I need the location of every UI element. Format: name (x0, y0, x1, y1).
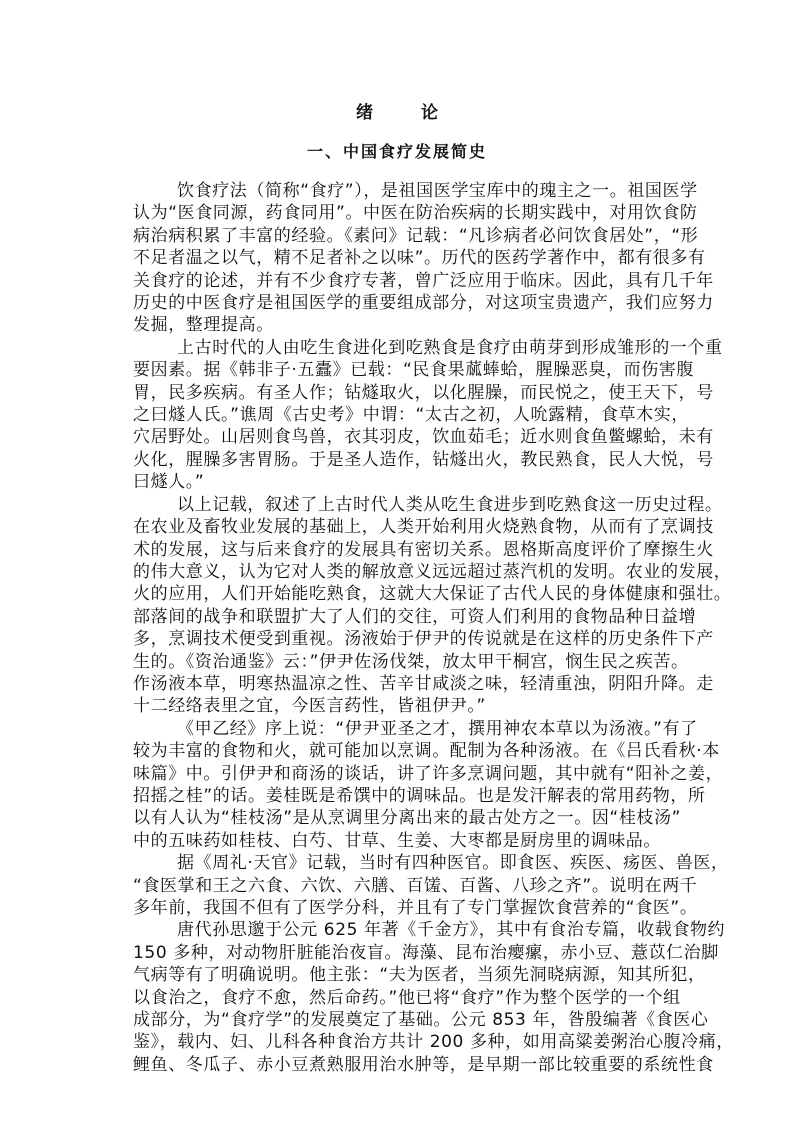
text-line: 的伟大意义，认为它对人类的解放意义远远超过蒸汽机的发明。农业的发展， (133, 561, 663, 583)
text-line: 较为丰富的食物和火，就可能加以烹调。配制为各种汤液。在《吕氏看秋·本 (133, 740, 663, 762)
text-line: 胃，民多疾病。有圣人作；钻燧取火，以化腥臊，而民悦之，使王天下，号 (133, 382, 663, 404)
paragraph: 饮食疗法（简称“食疗”），是祖国医学宝库中的瑰主之一。祖国医学认为“医食同源，药… (133, 180, 663, 337)
paragraph: 上古时代的人由吃生食进化到吃熟食是食疗由萌芽到形成雏形的一个重要因素。据《韩非子… (133, 337, 663, 494)
text-line: 术的发展，这与后来食疗的发展具有密切关系。恩格斯高度评价了摩擦生火 (133, 539, 663, 561)
text-line: 味篇》中。引伊尹和商汤的谈话，讲了许多烹调问题，其中就有“阳补之姜， (133, 763, 663, 785)
text-line: 鲤鱼、冬瓜子、赤小豆煮熟服用治水肿等，是早期一部比较重要的系统性食 (133, 1054, 663, 1076)
chapter-title: 绪论 (0, 98, 794, 123)
text-line: 据《周礼·天官》记载，当时有四种医官。即食医、疾医、疡医、兽医， (133, 852, 663, 874)
text-line: 多，烹调技术便受到重视。汤液始于伊尹的传说就是在这样的历史条件下产 (133, 628, 663, 650)
text-line: 饮食疗法（简称“食疗”），是祖国医学宝库中的瑰主之一。祖国医学 (133, 180, 663, 202)
text-line: 生的。《资治通鉴》云：”伊尹佐汤伐桀，放太甲干桐宫，悯生民之疾苦。 (133, 651, 663, 673)
text-line: 病治病积累了丰富的经验。《素问》记载：“凡诊病者必问饮食居处”，“形 (133, 225, 663, 247)
chapter-title-char-1: 绪 (356, 98, 373, 123)
text-line: 招摇之桂”的话。姜桂既是希馔中的调味品。也是发汗解表的常用药物，所 (133, 785, 663, 807)
paragraph: 《甲乙经》序上说：“伊尹亚圣之才，撰用神农本草以为汤液。”有了较为丰富的食物和火… (133, 718, 663, 852)
text-line: 鉴》，载内、妇、儿科各种食治方共计 200 多种，如用高粱姜粥治心腹冷痛， (133, 1031, 663, 1053)
body-text: 饮食疗法（简称“食疗”），是祖国医学宝库中的瑰主之一。祖国医学认为“医食同源，药… (133, 180, 663, 1076)
text-line: 火化，腥臊多害胃肠。于是圣人造作，钻燧出火，教民熟食，民人大悦，号 (133, 449, 663, 471)
text-line: 作汤液本草，明寒热温凉之性、苦辛甘咸淡之味，轻清重浊，阴阳升降。走 (133, 673, 663, 695)
text-line: “食医掌和王之六食、六饮、六膳、百馐、百酱、八珍之齐”。说明在两千 (133, 875, 663, 897)
text-line: 历史的中医食疗是祖国医学的重要组成部分，对这项宝贵遗产，我们应努力 (133, 292, 663, 314)
text-line: 唐代孙思邈于公元 625 年著《千金方》，其中有食治专篇，收载食物约 (133, 919, 663, 941)
text-line: 150 多种，对动物肝脏能治夜盲。海藻、昆布治瘿瘰，赤小豆、薏苡仁治脚 (133, 942, 663, 964)
text-line: 关食疗的论述，并有不少食疗专著，曾广泛应用于临床。因此，具有几千年 (133, 270, 663, 292)
text-line: 部落间的战争和联盟扩大了人们的交往，可资人们利用的食物品种日益增 (133, 606, 663, 628)
text-line: 气病等有了明确说明。他主张：“夫为医者，当须先洞晓病源，知其所犯， (133, 964, 663, 986)
section-title: 一、中国食疗发展简史 (0, 139, 794, 162)
text-line: 曰燧人。” (133, 471, 663, 493)
text-line: 以上记载，叙述了上古时代人类从吃生食进步到吃熟食这一历史过程。 (133, 494, 663, 516)
text-line: 不足者温之以气，精不足者补之以味”。历代的医药学著作中，都有很多有 (133, 247, 663, 269)
text-line: 上古时代的人由吃生食进化到吃熟食是食疗由萌芽到形成雏形的一个重 (133, 337, 663, 359)
document-page: 绪论 一、中国食疗发展简史 饮食疗法（简称“食疗”），是祖国医学宝库中的瑰主之一… (0, 0, 794, 1122)
text-line: 认为“医食同源，药食同用”。中医在防治疾病的长期实践中，对用饮食防 (133, 202, 663, 224)
paragraph: 据《周礼·天官》记载，当时有四种医官。即食医、疾医、疡医、兽医，“食医掌和王之六… (133, 852, 663, 919)
text-line: 穴居野处。山居则食鸟兽，衣其羽皮，饮血茹毛；近水则食鱼鳖螺蛤，未有 (133, 426, 663, 448)
paragraph: 以上记载，叙述了上古时代人类从吃生食进步到吃熟食这一历史过程。在农业及畜牧业发展… (133, 494, 663, 718)
text-line: 以有人认为“桂枝汤”是从烹调里分离出来的最古处方之一。因“桂枝汤” (133, 807, 663, 829)
text-line: 发掘，整理提高。 (133, 314, 663, 336)
paragraph: 唐代孙思邈于公元 625 年著《千金方》，其中有食治专篇，收载食物约150 多种… (133, 919, 663, 1076)
text-line: 《甲乙经》序上说：“伊尹亚圣之才，撰用神农本草以为汤液。”有了 (133, 718, 663, 740)
text-line: 十二经络表里之宜，今医言药性，皆祖伊尹。” (133, 695, 663, 717)
text-line: 在农业及畜牧业发展的基础上，人类开始利用火烧熟食物，从而有了烹调技 (133, 516, 663, 538)
text-line: 中的五味药如桂枝、白芍、甘草、生姜、大枣都是厨房里的调味品。 (133, 830, 663, 852)
text-line: 要因素。据《韩非子·五蠹》已载：“民食果蓏蜯蛤，腥臊恶臭，而伤害腹 (133, 359, 663, 381)
chapter-title-char-2: 论 (421, 98, 438, 123)
text-line: 成部分，为“食疗学”的发展奠定了基础。公元 853 年，昝殷编著《食医心 (133, 1009, 663, 1031)
text-line: 以食治之，食疗不愈，然后命药。”他已将“食疗”作为整个医学的一个组 (133, 987, 663, 1009)
text-line: 火的应用，人们开始能吃熟食，这就大大保证了古代人民的身体健康和强壮。 (133, 583, 663, 605)
text-line: 多年前，我国不但有了医学分科，并且有了专门掌握饮食营养的“食医”。 (133, 897, 663, 919)
text-line: 之曰燧人氏。”谯周《古史考》中谓：“太古之初，人吮露精，食草木实， (133, 404, 663, 426)
